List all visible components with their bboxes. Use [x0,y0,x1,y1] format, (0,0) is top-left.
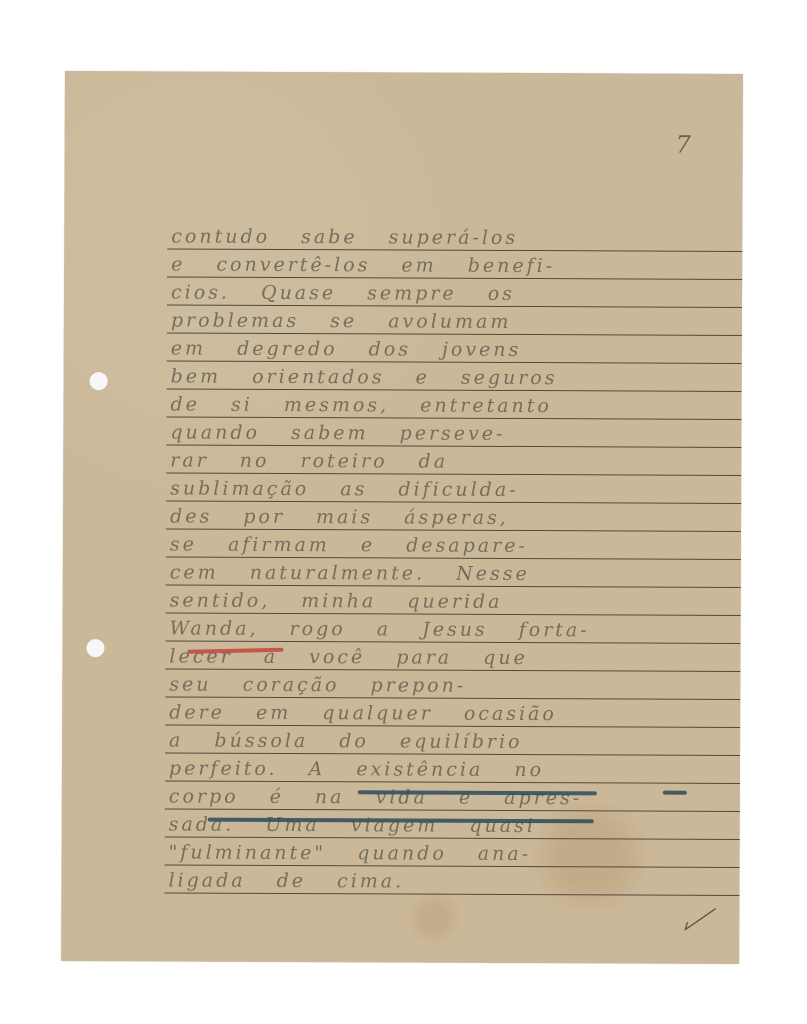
punch-hole-top [90,372,108,390]
handwritten-line: seu coração prepon- [169,673,736,697]
handwritten-line: sentido, minha querida [170,589,737,613]
blue-underline-no [663,791,687,795]
handwritten-line: em degredo dos jovens [171,337,738,361]
ruled-line: ligada de cima. [164,865,739,896]
handwritten-line: e convertê-los em benefi- [171,253,738,277]
ruled-line: quando sabem perseve- [166,417,741,448]
handwritten-line: sublimação as dificulda- [170,477,737,501]
handwritten-line: de si mesmos, entretanto [170,393,737,417]
ruled-line: de si mesmos, entretanto [166,389,741,420]
ruled-line: rar no roteiro da [166,445,741,476]
handwritten-line: rar no roteiro da [170,449,737,473]
ruled-line: Wanda, rogo a Jesus forta- [166,613,741,644]
handwritten-line: contudo sabe superá-los [171,225,738,249]
punch-hole-bottom [86,639,104,657]
ruled-line: problemas se avolumam [167,305,742,336]
ruled-line: e convertê-los em benefi- [167,249,742,280]
handwritten-line: des por mais ásperas, [170,505,737,529]
ruled-line: sublimação as dificulda- [166,473,741,504]
ruled-line: des por mais ásperas, [166,501,741,532]
ruled-line: perfeito. A existência no [165,753,740,784]
ruled-line: cem naturalmente. Nesse [166,557,741,588]
ruled-line: cios. Quase sempre os [167,277,742,308]
ruled-line: se afirmam e desapare- [166,529,741,560]
page-number: 7 [676,131,691,159]
ruled-line: corpo é na vida e apres- [165,781,740,812]
ruled-text-lines: contudo sabe superá-los e convertê-los e… [164,221,742,896]
ruled-line: dere em qualquer ocasião [165,697,740,728]
handwritten-line: se afirmam e desapare- [170,533,737,557]
handwritten-line: bem orientados e seguros [171,365,738,389]
ruled-line: bem orientados e seguros [167,361,742,392]
handwritten-line: a bússola do equilíbrio [169,729,736,753]
handwritten-line: problemas se avolumam [171,309,738,333]
handwritten-line: dere em qualquer ocasião [169,701,736,725]
ruled-line: contudo sabe superá-los [167,221,742,252]
checkmark-icon [681,907,721,937]
handwritten-line: cem naturalmente. Nesse [170,561,737,585]
manuscript-page: 7 contudo sabe superá-los e convertê-los… [61,71,743,964]
ruled-line: em degredo dos jovens [167,333,742,364]
ruled-line: sentido, minha querida [166,585,741,616]
handwritten-line: cios. Quase sempre os [171,281,738,305]
handwritten-line: perfeito. A existência no [169,757,736,781]
handwritten-line: Wanda, rogo a Jesus forta- [170,617,737,641]
ruled-line: "fulminante" quando ana- [165,837,740,868]
handwritten-line: ligada de cima. [168,869,735,893]
handwritten-line: quando sabem perseve- [170,421,737,445]
ruled-line: lecer a você para que [165,641,740,672]
ruled-line: a bússola do equilíbrio [165,725,740,756]
handwritten-line: corpo é na vida e apres- [169,785,736,809]
handwritten-line: "fulminante" quando ana- [169,841,736,865]
ruled-line: seu coração prepon- [165,669,740,700]
ruled-line: sada. Uma viagem quasi [165,809,740,840]
